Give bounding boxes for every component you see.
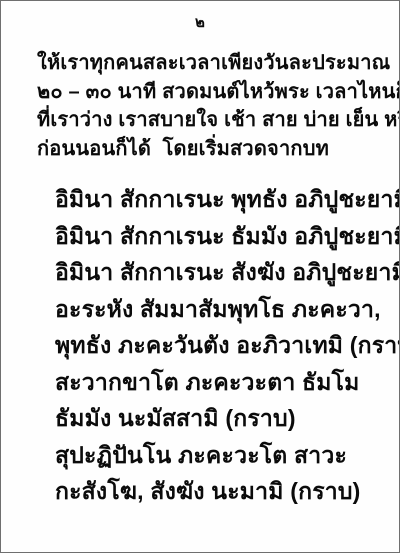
book-page: { "page": { "number": "๒" }, "intro": { … (0, 0, 400, 553)
chant-line: อิมินา สักกาเรนะ สังฆัง อภิปูชะยามิ (55, 254, 383, 291)
intro-line: ที่เราว่าง เราสบายใจ เช้า สาย บ่าย เย็น … (37, 106, 369, 135)
intro-paragraph: ให้เราทุกคนสละเวลา เพียงวันละประมาณ ๒๐ –… (1, 49, 399, 163)
page-number: ๒ (1, 13, 399, 33)
chant-line: สุปะฏิปันโน ภะคะวะโต สาวะ (55, 437, 383, 474)
chant-line: พุทธัง ภะคะวันตัง อะภิวาเทมิ (กราบ) (55, 327, 383, 364)
chant-line: อะระหัง สัมมาสัมพุทโธ ภะคะวา, (55, 291, 383, 328)
chant-line: อิมินา สักกาเรนะ ธัมมัง อภิปูชะยามิ (55, 218, 383, 255)
intro-line-right-segment: เพียงวันละประมาณ (221, 49, 390, 78)
intro-line: ๒๐ – ๓๐ นาที สวดมนต์ไหว้พระ เวลาไหนก็ได้ (37, 78, 369, 107)
chant-block: อิมินา สักกาเรนะ พุทธัง อภิปูชะยามิ อิมิ… (1, 181, 399, 510)
intro-line-left-segment: ให้เราทุกคนสละเวลา (37, 49, 221, 78)
chant-line: ธัมมัง นะมัสสามิ (กราบ) (55, 400, 383, 437)
chant-line: สะวากขาโต ภะคะวะตา ธัมโม (55, 364, 383, 401)
chant-line: อิมินา สักกาเรนะ พุทธัง อภิปูชะยามิ (55, 181, 383, 218)
intro-line: ให้เราทุกคนสละเวลา เพียงวันละประมาณ (37, 49, 369, 78)
intro-line: ก่อนนอนก็ได้ โดยเริ่มสวดจากบท (37, 135, 369, 164)
chant-line: กะสังโฆ, สังฆัง นะมามิ (กราบ) (55, 473, 383, 510)
page: ๒ ให้เราทุกคนสละเวลา เพียงวันละประมาณ ๒๐… (1, 1, 399, 552)
